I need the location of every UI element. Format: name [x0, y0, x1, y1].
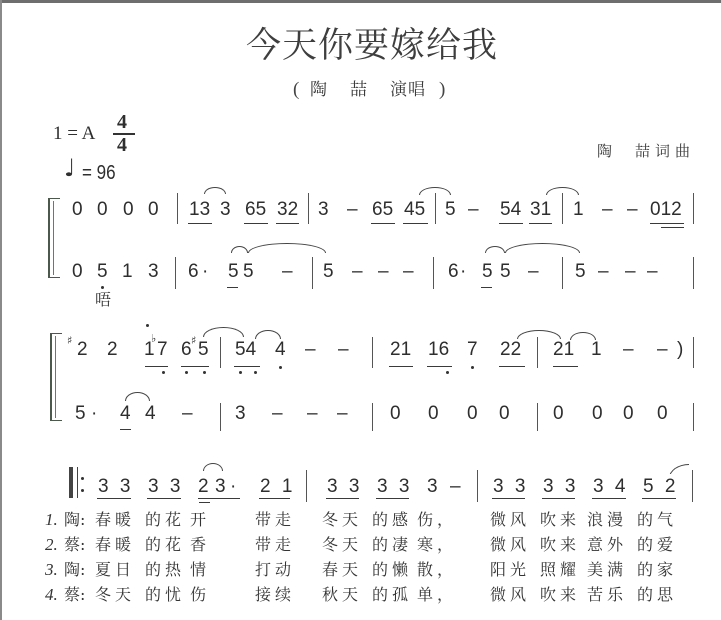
lyric-syllables: 苦乐: [587, 586, 627, 604]
lyric-syllables: 的懒: [372, 561, 412, 579]
lyric-syllables: 开: [190, 511, 210, 529]
barline: [537, 337, 538, 368]
repeat-dot: [81, 477, 84, 480]
note: 5: [97, 262, 108, 281]
tie-arc: [505, 243, 580, 253]
barline: [308, 193, 309, 224]
slur-arc: [203, 327, 244, 337]
note-group: 3 3: [493, 477, 525, 496]
closing-parenthesis: ): [677, 340, 683, 359]
rest: 0: [97, 200, 108, 219]
sustain-dash: –: [378, 262, 389, 281]
song-title: 今天你要嫁给我: [243, 26, 501, 66]
lyric-syllables: 冬天: [322, 511, 362, 529]
beam-underline: [642, 498, 676, 499]
sharp-sign: ♯: [191, 335, 196, 346]
note: 5: [500, 262, 511, 281]
note-group: 2 1: [260, 477, 292, 496]
sustain-dash: –: [347, 200, 358, 219]
sustain-dash: –: [272, 404, 283, 423]
sustain-dash: –: [307, 404, 318, 423]
sustain-dash: –: [468, 200, 479, 219]
lyric-syllables: 春暖: [95, 511, 135, 529]
lyric-syllables: 的忧: [145, 586, 185, 604]
note: 5: [323, 262, 334, 281]
lyric-syllables: 散，: [417, 561, 457, 579]
barline: [693, 193, 694, 224]
augmentation-dot: ·: [460, 262, 466, 281]
lyric-syllables: 照耀: [540, 561, 580, 579]
rest: 0: [390, 404, 401, 423]
repeat-thick-bar: [69, 467, 73, 498]
beam-underline: [529, 223, 552, 224]
rest: 0: [72, 200, 83, 219]
beam-underline: [499, 223, 523, 224]
note-group: 31: [530, 200, 551, 219]
tie-arc: [517, 330, 561, 339]
barline: [220, 337, 221, 368]
sustain-dash: –: [598, 262, 609, 281]
low-octave-dot: [471, 366, 474, 369]
barline: [562, 193, 563, 224]
barline: [306, 470, 307, 502]
note: 6: [181, 340, 192, 359]
rest: 0: [428, 404, 439, 423]
double-beam-underline: [661, 227, 684, 228]
performer-open-paren: (: [293, 80, 299, 100]
barline: [372, 403, 373, 431]
sharp-sign: ♯: [67, 335, 72, 346]
lyric-syllables: 接续: [255, 586, 295, 604]
lyric-syllables: 的花: [145, 536, 185, 554]
tie-arc: [125, 392, 150, 401]
beam-underline: [376, 498, 409, 499]
rest: 0: [72, 262, 83, 281]
note: 6: [188, 262, 199, 281]
beam-underline: [120, 429, 131, 430]
beam-underline: [188, 223, 212, 224]
sustain-dash: –: [450, 477, 461, 496]
credits-surname: 陶: [597, 143, 612, 160]
lyric-syllables: 寒，: [417, 536, 457, 554]
beam-underline: [553, 366, 578, 367]
verse-2: 2. 蔡: 春暖 的花 香 带走 冬天 的凄 寒， 微风 吹来 意外 的爱: [0, 536, 721, 556]
beam-underline: [97, 498, 131, 499]
lyric-syllables: 吹来: [540, 586, 580, 604]
tempo-value: = 96: [82, 163, 116, 183]
lyric-syllables: 的思: [637, 586, 677, 604]
note: 5: [228, 262, 239, 281]
sustain-dash: –: [647, 262, 658, 281]
sustain-dash: –: [627, 200, 638, 219]
beam-underline: [145, 366, 168, 367]
augmentation-dot: ·: [91, 404, 97, 423]
note: 1: [122, 262, 133, 281]
augmentation-dot: ·: [230, 477, 236, 496]
barline: [435, 193, 436, 224]
sustain-dash: –: [657, 340, 668, 359]
lyric-syllables: 带走: [255, 536, 295, 554]
lyric-syllables: 微风: [490, 586, 530, 604]
note-group: 32: [277, 200, 298, 219]
verse-3: 3. 陶: 夏日 的热 情 打动 春天 的懒 散， 阳光 照耀 美满 的家: [0, 561, 721, 581]
beam-underline: [650, 223, 684, 224]
top-border: [0, 0, 721, 3]
lyric-syllables: 的感: [372, 511, 412, 529]
lyric-syllables: 的家: [637, 561, 677, 579]
lyric-syllables: 伤，: [417, 511, 457, 529]
beam-underline: [427, 366, 452, 367]
sustain-dash: –: [338, 340, 349, 359]
double-beam-underline: [199, 502, 210, 503]
lyric-syllables: 打动: [255, 561, 295, 579]
note: 5: [75, 404, 86, 423]
beam-underline: [181, 366, 209, 367]
note: 6: [448, 262, 459, 281]
beam-underline: [147, 498, 181, 499]
sustain-dash: –: [625, 262, 636, 281]
sustain-dash: –: [602, 200, 613, 219]
lyric-syllables: 夏日: [95, 561, 135, 579]
beam-underline: [276, 223, 299, 224]
note: 4: [120, 404, 131, 423]
sustain-dash: –: [182, 404, 193, 423]
sustain-dash: –: [305, 340, 316, 359]
note-group: 012: [650, 200, 682, 219]
barline: [537, 403, 538, 431]
lyric-syllables: 的凄: [372, 536, 412, 554]
beam-underline: [326, 498, 359, 499]
beam-underline: [492, 498, 525, 499]
tie-arc: [570, 332, 596, 340]
verse-singer: 陶:: [64, 511, 85, 529]
note-group: 3 3: [377, 477, 409, 496]
beam-underline: [499, 366, 525, 367]
lyric-syllables: 吹来: [540, 511, 580, 529]
note-group: 5 2: [643, 477, 675, 496]
verse-number: 3.: [45, 561, 58, 579]
barline: [220, 403, 221, 431]
beam-underline: [259, 498, 290, 499]
note-group: 3 3: [543, 477, 575, 496]
beam-underline: [403, 223, 428, 224]
note-group: 21: [553, 340, 574, 359]
lyric-syllables: 冬天: [95, 586, 135, 604]
verse-number: 1.: [45, 511, 58, 529]
beam-underline: [542, 498, 575, 499]
note: 2: [77, 340, 88, 359]
sustain-dash: –: [528, 262, 539, 281]
lyric-syllables: 香: [190, 536, 210, 554]
note: 7: [467, 340, 478, 359]
lyric-syllables: 秋天: [322, 586, 362, 604]
note: 5: [198, 340, 209, 359]
tie-arc: [669, 464, 689, 474]
lyric-syllables: 浪漫: [587, 511, 627, 529]
rest: 0: [148, 200, 159, 219]
low-octave-dot: [203, 371, 206, 374]
lyric-syllables: 伤: [190, 586, 210, 604]
time-signature-denominator: 4: [117, 135, 127, 155]
lyric-syllables: 冬天: [322, 536, 362, 554]
performer-given-name: 喆: [350, 81, 367, 100]
beam-underline: [592, 498, 626, 499]
barline: [693, 257, 694, 289]
high-octave-dot: [146, 324, 149, 327]
rest: 0: [592, 404, 603, 423]
verse-singer: 蔡:: [64, 536, 85, 554]
time-signature-numerator: 4: [117, 112, 127, 132]
note: 1: [573, 200, 584, 219]
beam-underline: [389, 366, 413, 367]
note: 3: [427, 477, 438, 496]
lyric-syllables: 春天: [322, 561, 362, 579]
note: 3: [318, 200, 329, 219]
beam-underline: [227, 287, 238, 288]
note-group: 22: [500, 340, 521, 359]
note-group: 3 4: [593, 477, 625, 496]
lyric-syllables: 微风: [490, 511, 530, 529]
low-octave-dot: [101, 286, 104, 289]
bracket-inner-line: [53, 201, 54, 275]
lyric-syllables: 的气: [637, 511, 677, 529]
low-octave-dot: [446, 371, 449, 374]
rest: 0: [123, 200, 134, 219]
beam-underline: [371, 223, 395, 224]
rest: 0: [657, 404, 668, 423]
slur-arc: [203, 463, 223, 471]
lyric-syllables: 美满: [587, 561, 627, 579]
rest: 0: [553, 404, 564, 423]
low-octave-dot: [239, 371, 242, 374]
lyric-syllables: 的爱: [637, 536, 677, 554]
performer-close-paren: ): [439, 80, 445, 100]
intro-lyric: 唔: [95, 291, 111, 309]
verse-singer: 陶:: [64, 561, 85, 579]
low-octave-dot: [185, 371, 188, 374]
low-octave-dot: [162, 371, 165, 374]
beam-underline: [244, 223, 268, 224]
tie-arc: [248, 243, 326, 253]
lyric-syllables: 意外: [587, 536, 627, 554]
note: 3: [220, 200, 231, 219]
system-bracket: [48, 198, 60, 278]
note-group: 21: [390, 340, 411, 359]
note: 3: [235, 404, 246, 423]
repeat-dot: [81, 489, 84, 492]
barline: [562, 257, 563, 289]
slur-arc: [485, 246, 505, 253]
sustain-dash: –: [337, 404, 348, 423]
note-group: 54: [500, 200, 521, 219]
note-group: 45: [404, 200, 425, 219]
credits-text: 喆词曲: [635, 143, 695, 160]
sustain-dash: –: [352, 262, 363, 281]
lyric-syllables: 的孤: [372, 586, 412, 604]
note-group: 16: [428, 340, 449, 359]
barline: [433, 257, 434, 289]
verse-1: 1. 陶: 春暖 的花 开 带走 冬天 的感 伤， 微风 吹来 浪漫 的气: [0, 511, 721, 531]
note: 2: [107, 340, 118, 359]
augmentation-dot: ·: [202, 262, 208, 281]
rest: 0: [623, 404, 634, 423]
key-signature: 1 = A: [53, 124, 95, 144]
note: 3: [215, 477, 226, 496]
note-group: 3 3: [98, 477, 130, 496]
rest: 0: [467, 404, 478, 423]
barline: [477, 470, 478, 502]
note: 5: [575, 262, 586, 281]
rest: 0: [499, 404, 510, 423]
low-octave-dot: [254, 371, 257, 374]
note: 3: [148, 262, 159, 281]
barline: [693, 403, 694, 431]
sustain-dash: –: [623, 340, 634, 359]
note: 5: [243, 262, 254, 281]
note: 5: [482, 262, 493, 281]
barline: [312, 257, 313, 289]
bracket-inner-line: [55, 336, 56, 418]
low-octave-dot: [279, 366, 282, 369]
lyric-syllables: 阳光: [490, 561, 530, 579]
lyric-syllables: 情: [190, 561, 210, 579]
lyric-syllables: 微风: [490, 536, 530, 554]
note-group: 65: [245, 200, 266, 219]
verse-number: 4.: [45, 586, 58, 604]
barline: [372, 337, 373, 368]
note-group: 3 3: [148, 477, 180, 496]
verse-singer: 蔡:: [64, 586, 85, 604]
verse-number: 2.: [45, 536, 58, 554]
lyric-syllables: 吹来: [540, 536, 580, 554]
verse-4: 4. 蔡: 冬天 的忧 伤 接续 秋天 的孤 单， 微风 吹来 苦乐 的思: [0, 586, 721, 606]
repeat-thin-bar: [77, 467, 78, 498]
note: 2: [198, 477, 209, 496]
performer-role: 演唱: [390, 81, 426, 100]
sustain-dash: –: [282, 262, 293, 281]
lyric-syllables: 单，: [417, 586, 457, 604]
note: 5: [445, 200, 456, 219]
lyric-syllables: 春暖: [95, 536, 135, 554]
note-group: 54: [235, 340, 256, 359]
note: 4: [275, 340, 286, 359]
note: 7: [157, 340, 168, 359]
beam-underline: [481, 287, 492, 288]
tie-arc: [255, 330, 281, 339]
performer-surname: 陶: [310, 81, 327, 100]
lyric-syllables: 带走: [255, 511, 295, 529]
barline: [175, 257, 176, 289]
slur-arc: [231, 246, 248, 253]
barline: [177, 193, 178, 224]
beam-underline: [234, 366, 260, 367]
flat-sign: ♭: [151, 333, 156, 344]
tie-arc: [204, 187, 226, 194]
lyric-syllables: 的花: [145, 511, 185, 529]
sustain-dash: –: [403, 262, 414, 281]
barline: [693, 337, 694, 368]
tie-continuation: [669, 464, 689, 474]
lyric-syllables: 的热: [145, 561, 185, 579]
barline: [692, 470, 693, 502]
note: 1: [591, 340, 602, 359]
note: 4: [145, 404, 156, 423]
beam-underline: [198, 498, 240, 499]
system-bracket: [50, 333, 62, 421]
quarter-note-icon: ♩: [64, 155, 75, 181]
note-group: 3 3: [327, 477, 359, 496]
note-group: 13: [189, 200, 210, 219]
note-group: 65: [372, 200, 393, 219]
